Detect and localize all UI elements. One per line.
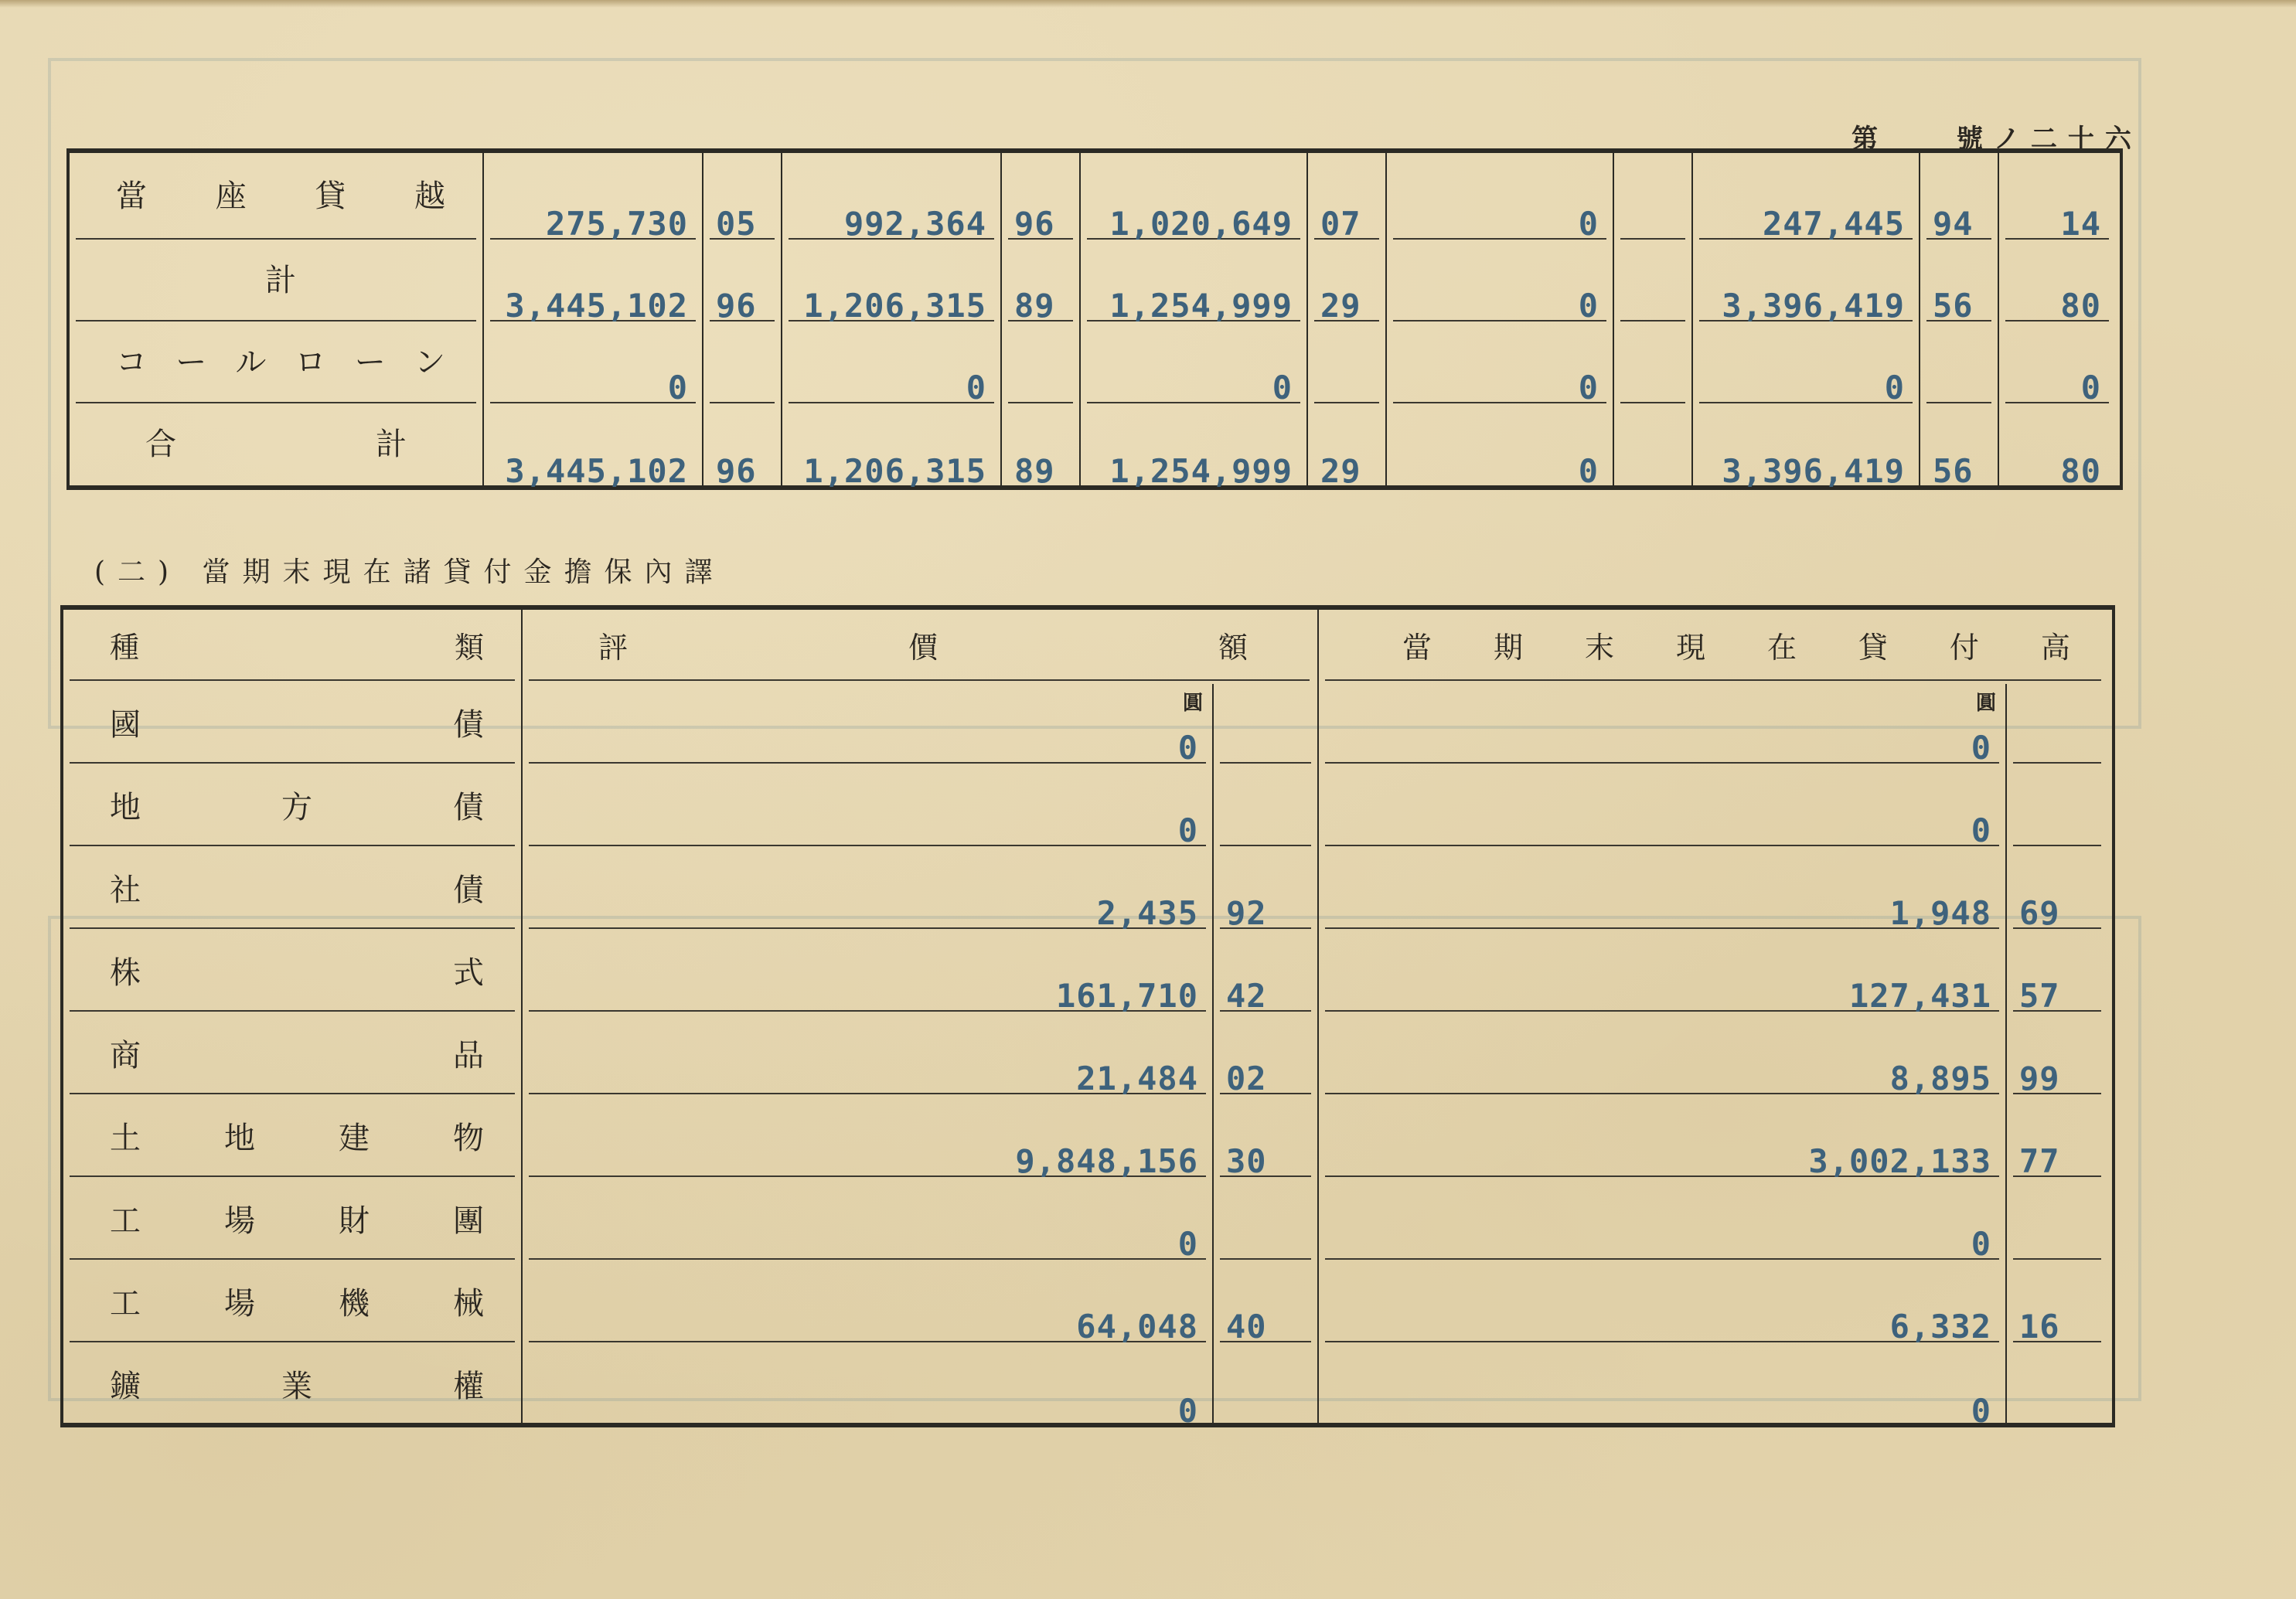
sen-cell [2013,1177,2101,1260]
header-char: 類 [455,624,484,666]
header-char: 高 [2041,624,2070,666]
sen-cell [2013,764,2101,846]
collateral-type-label: 工場財團 [70,1177,515,1260]
yen-cell: 0 [529,681,1206,764]
column-rule [1613,153,1614,485]
yen-cell: 1,206,315 [789,403,994,485]
sen-cell [2013,681,2101,764]
sen-cell [1620,153,1685,240]
sen-cell: 92 [1220,846,1311,929]
sen-cell: 05 [710,153,775,240]
amount-value: 16 [2019,1308,2060,1346]
label-char: 物 [453,1114,484,1158]
label-char: 地 [224,1114,255,1158]
yen-cell: 127,431 [1325,929,1999,1012]
header-char: 評 [598,624,628,666]
amount-value: 80 [2060,287,2101,325]
sen-cell: 77 [2013,1094,2101,1177]
column-rule [482,153,484,485]
sen-cell: 89 [1008,240,1073,322]
label-char: 鑛 [110,1362,141,1406]
label-char: 機 [339,1279,370,1323]
label-char: 業 [281,1362,312,1406]
sen-cell [1220,1177,1311,1260]
header-char: 貸 [1858,624,1888,666]
header-valuation: 評價額 [529,610,1310,681]
label-char: 場 [224,1196,255,1240]
yen-cell: 3,396,419 [1699,403,1913,485]
header-char: 付 [1950,624,1979,666]
label-char: 權 [453,1362,484,1406]
collateral-type-label: 社債 [70,846,515,929]
yen-cell: 0 [490,322,696,403]
amount-value: 1,020,649 [1109,205,1293,243]
yen-cell: 0 [1393,153,1606,240]
sen-cell: 29 [1314,403,1379,485]
label-char: 財 [339,1196,370,1240]
header-char: 種 [110,624,139,666]
label-char: 債 [453,700,484,744]
sen-cell [1926,322,1991,403]
sen-cell: 96 [710,403,775,485]
row-label-char: ー [175,338,206,382]
label-char: 場 [224,1279,255,1323]
amount-value: 94 [1933,205,1974,243]
sen-column-rule [2005,684,2007,1423]
amount-value: 0 [1885,369,1905,407]
sen-cell: 96 [1008,153,1073,240]
label-char: 團 [453,1196,484,1240]
label-char: 建 [339,1114,370,1158]
sen-cell: 94 [1926,153,1991,240]
amount-value: 29 [1320,287,1361,325]
amount-value: 1,254,999 [1109,452,1293,490]
sen-cell: 42 [1220,929,1311,1012]
section-title: (二) 當期末現在諸貸付金擔保內譯 [94,550,725,590]
column-rule [1691,153,1693,485]
amount-value: 0 [1178,1225,1198,1263]
amount-value: 3,396,419 [1722,452,1905,490]
sen-cell [1620,240,1685,322]
yen-cell: 80 [2005,403,2109,485]
row-label-char: ロ [295,338,326,382]
amount-value: 0 [1178,729,1198,767]
yen-cell: 0 [529,1177,1206,1260]
label-char: 商 [110,1031,141,1075]
yen-cell: 1,254,999 [1087,240,1300,322]
yen-cell: 8,895 [1325,1012,1999,1094]
sen-cell [1220,1342,1311,1425]
yen-cell: 0 [1087,322,1300,403]
yen-cell: 992,364 [789,153,994,240]
yen-cell: 14 [2005,153,2109,240]
row-label-char: 計 [265,256,296,300]
yen-cell: 0 [1393,240,1606,322]
amount-value: 0 [1971,1225,1991,1263]
amount-value: 2,435 [1097,894,1198,932]
sen-cell: 02 [1220,1012,1311,1094]
yen-cell: 3,445,102 [490,403,696,485]
amount-value: 42 [1226,977,1267,1015]
amount-value: 0 [1272,369,1293,407]
yen-cell: 0 [529,1342,1206,1425]
amount-value: 96 [1014,205,1055,243]
label-char: 工 [110,1196,141,1240]
yen-cell: 0 [1325,764,1999,846]
amount-value: 1,206,315 [803,452,986,490]
column-rule [1306,153,1308,485]
header-char: 在 [1767,624,1797,666]
amount-value: 99 [2019,1060,2060,1097]
yen-cell: 0 [2005,322,2109,403]
amount-value: 02 [1226,1060,1267,1097]
amount-value: 64,048 [1076,1308,1198,1346]
sen-cell: 40 [1220,1260,1311,1342]
row-label-char: 越 [414,172,445,216]
amount-value: 92 [1226,894,1267,932]
column-rule [781,153,782,485]
header-char: 期 [1494,624,1523,666]
yen-cell: 161,710 [529,929,1206,1012]
amount-value: 8,895 [1890,1060,1991,1097]
sen-cell [1620,322,1685,403]
yen-cell: 3,445,102 [490,240,696,322]
yen-cell: 21,484 [529,1012,1206,1094]
label-char: 債 [453,783,484,827]
yen-cell: 1,254,999 [1087,403,1300,485]
amount-value: 0 [966,369,986,407]
amount-value: 40 [1226,1308,1267,1346]
row-label-char: 座 [216,172,247,216]
label-char: 工 [110,1279,141,1323]
yen-cell: 0 [789,322,994,403]
header-char: 末 [1585,624,1614,666]
sen-cell: 07 [1314,153,1379,240]
amount-value: 0 [1178,811,1198,849]
amount-value: 3,396,419 [1722,287,1905,325]
collateral-type-label: 工場機械 [70,1260,515,1342]
sen-cell: 56 [1926,240,1991,322]
yen-cell: 0 [1325,1177,1999,1260]
amount-value: 0 [668,369,688,407]
yen-cell: 0 [529,764,1206,846]
amount-value: 07 [1320,205,1361,243]
amount-value: 3,445,102 [505,452,688,490]
header-current-balance: 當期末現在貸付高 [1325,610,2101,681]
row-label-char: 貸 [315,172,346,216]
amount-value: 96 [716,287,757,325]
label-char: 國 [110,700,141,744]
column-rule [1385,153,1387,485]
sen-cell: 96 [710,240,775,322]
label-char: 債 [453,866,484,910]
header-char: 價 [908,624,938,666]
amount-value: 1,206,315 [803,287,986,325]
yen-cell: 0 [1699,322,1913,403]
collateral-type-label: 株式 [70,929,515,1012]
amount-value: 29 [1320,452,1361,490]
header-char: 額 [1218,624,1248,666]
amount-value: 21,484 [1076,1060,1198,1097]
amount-value: 1,948 [1890,894,1991,932]
amount-value: 0 [1178,1392,1198,1430]
amount-value: 6,332 [1890,1308,1991,1346]
sen-cell: 89 [1008,403,1073,485]
amount-value: 3,002,133 [1808,1142,1991,1180]
header-type: 種類 [70,610,515,681]
yen-cell: 3,396,419 [1699,240,1913,322]
collateral-type-label: 地方債 [70,764,515,846]
amount-value: 0 [1971,729,1991,767]
yen-cell: 275,730 [490,153,696,240]
amount-value: 9,848,156 [1015,1142,1198,1180]
yen-cell: 1,206,315 [789,240,994,322]
amount-value: 14 [2060,205,2101,243]
sen-cell: 29 [1314,240,1379,322]
sen-cell: 99 [2013,1012,2101,1094]
collateral-breakdown-table: 種類評價額當期末現在貸付高圓圓國債00地方債00社債2,435921,94869… [60,605,2115,1427]
row-label-char: 計 [376,420,407,464]
amount-value: 161,710 [1056,977,1198,1015]
collateral-type-label: 鑛業權 [70,1342,515,1425]
row-label-char: ル [235,338,266,382]
collateral-type-label: 商品 [70,1012,515,1094]
yen-cell: 0 [1393,322,1606,403]
amount-value: 0 [1971,1392,1991,1430]
amount-value: 0 [1579,369,1599,407]
label-char: 土 [110,1114,141,1158]
sen-cell [1220,764,1311,846]
amount-value: 80 [2060,452,2101,490]
amount-value: 57 [2019,977,2060,1015]
amount-value: 0 [1579,452,1599,490]
amount-value: 30 [1226,1142,1267,1180]
row-label-char: ン [414,338,445,382]
sen-cell [1620,403,1685,485]
amount-value: 56 [1933,452,1974,490]
sen-cell: 16 [2013,1260,2101,1342]
sen-column-rule [1212,684,1214,1423]
header-char: 現 [1676,624,1705,666]
row-label: コールローン [76,322,476,403]
header-char: 當 [1402,624,1432,666]
row-label: 合計 [76,403,476,485]
collateral-type-label: 土地建物 [70,1094,515,1177]
yen-cell: 9,848,156 [529,1094,1206,1177]
yen-cell: 64,048 [529,1260,1206,1342]
amount-value: 05 [716,205,757,243]
yen-cell: 80 [2005,240,2109,322]
amount-value: 56 [1933,287,1974,325]
row-label-char: 當 [116,172,147,216]
sen-cell: 56 [1926,403,1991,485]
column-rule [1919,153,1920,485]
amount-value: 0 [1971,811,1991,849]
sen-cell [1008,322,1073,403]
amount-value: 77 [2019,1142,2060,1180]
amount-value: 992,364 [844,205,986,243]
amount-value: 0 [1579,287,1599,325]
yen-cell: 0 [1393,403,1606,485]
sen-cell [2013,1342,2101,1425]
yen-cell: 0 [1325,1342,1999,1425]
amount-value: 1,254,999 [1109,287,1293,325]
sen-cell: 69 [2013,846,2101,929]
yen-cell: 247,445 [1699,153,1913,240]
row-label-char: 合 [145,420,176,464]
amount-value: 127,431 [1849,977,1991,1015]
sen-cell: 30 [1220,1094,1311,1177]
amount-value: 0 [2081,369,2101,407]
label-char: 地 [110,783,141,827]
collateral-type-label: 國債 [70,681,515,764]
column-rule [1079,153,1081,485]
yen-cell: 3,002,133 [1325,1094,1999,1177]
amount-value: 0 [1579,205,1599,243]
row-label-char: コ [116,338,147,382]
column-rule [1998,153,1999,485]
column-rule [702,153,703,485]
amount-value: 96 [716,452,757,490]
yen-cell: 1,948 [1325,846,1999,929]
amount-value: 89 [1014,452,1055,490]
label-char: 式 [453,948,484,992]
row-label: 計 [76,240,476,322]
amount-value: 89 [1014,287,1055,325]
column-rule [521,610,523,1423]
amount-value: 275,730 [546,205,688,243]
row-label: 當座貸越 [76,153,476,240]
page-top-edge [0,0,2296,8]
yen-cell: 2,435 [529,846,1206,929]
sen-cell [1220,681,1311,764]
loan-summary-table: 當座貸越275,73005992,364961,020,649070247,44… [66,148,2123,490]
amount-value: 69 [2019,894,2060,932]
sen-cell [710,322,775,403]
sen-cell [1314,322,1379,403]
label-char: 社 [110,866,141,910]
column-rule [1000,153,1002,485]
row-label-char: ー [355,338,386,382]
amount-value: 3,445,102 [505,287,688,325]
yen-cell: 0 [1325,681,1999,764]
sen-cell: 57 [2013,929,2101,1012]
label-char: 株 [110,948,141,992]
column-rule [1317,610,1319,1423]
label-char: 方 [281,783,312,827]
amount-value: 247,445 [1763,205,1905,243]
label-char: 品 [453,1031,484,1075]
label-char: 械 [453,1279,484,1323]
yen-cell: 6,332 [1325,1260,1999,1342]
yen-cell: 1,020,649 [1087,153,1300,240]
